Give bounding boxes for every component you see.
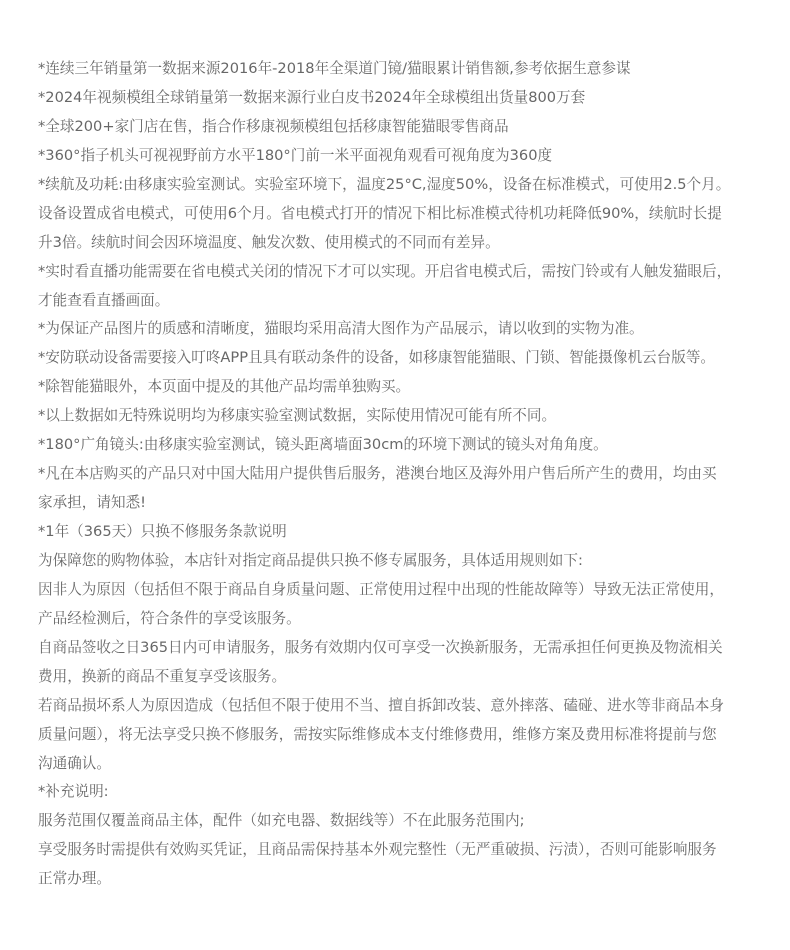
- note-product-images: *为保证产品图片的质感和清晰度，猫眼均采用高清大图作为产品展示，请以收到的实物为…: [38, 315, 768, 344]
- note-after-sales-line-2: 家承担，请知悉!: [38, 489, 768, 518]
- supplement-scope: 服务范围仅覆盖商品主体，配件（如充电器、数据线等）不在此服务范围内;: [38, 807, 768, 836]
- supplement-proof-line-1: 享受服务时需提供有效购买凭证，且商品需保持基本外观完整性（无严重破损、污渍），否…: [38, 836, 768, 865]
- note-after-sales-line-1: *凡在本店购买的产品只对中国大陆用户提供售后服务，港澳台地区及海外用户售后所产生…: [38, 460, 768, 489]
- warranty-exclusion-line-2: 质量问题），将无法享受只换不修服务，需按实际维修成本支付维修费用，维修方案及费用…: [38, 721, 768, 750]
- warranty-exclusion-line-3: 沟通确认。: [38, 750, 768, 779]
- note-other-products: *除智能猫眼外，本页面中提及的其他产品均需单独购买。: [38, 373, 768, 402]
- warranty-period-line-1: 自商品签收之日365日内可申请服务，服务有效期内仅可享受一次换新服务，无需承担任…: [38, 634, 768, 663]
- note-security-linkage: *安防联动设备需要接入叮咚APP且具有联动条件的设备，如移康智能猫眼、门锁、智能…: [38, 344, 768, 373]
- note-battery-line-2: 设备设置成省电模式，可使用6个月。省电模式打开的情况下相比标准模式待机功耗降低9…: [38, 200, 768, 229]
- note-view-angle: *360°指子机头可视视野前方水平180°门前一米平面视角观看可视角度为360度: [38, 142, 768, 171]
- note-module-sales: *2024年视频模组全球销量第一数据来源行业白皮书2024年全球模组出货量800…: [38, 84, 768, 113]
- note-live-view-line-2: 才能查看直播画面。: [38, 287, 768, 316]
- note-wide-angle-lens: *180°广角镜头:由移康实验室测试，镜头距离墙面30cm的环境下测试的镜头对角…: [38, 431, 768, 460]
- note-lab-data: *以上数据如无特殊说明均为移康实验室测试数据，实际使用情况可能有所不同。: [38, 402, 768, 431]
- note-live-view-line-1: *实时看直播功能需要在省电模式关闭的情况下才可以实现。开启省电模式后，需按门铃或…: [38, 258, 768, 287]
- supplement-heading: *补充说明:: [38, 778, 768, 807]
- note-global-stores: *全球200+家门店在售，指合作移康视频模组包括移康智能猫眼零售商品: [38, 113, 768, 142]
- note-sales-rank: *连续三年销量第一数据来源2016年-2018年全渠道门镜/猫眼累计销售额,参考…: [38, 55, 768, 84]
- warranty-exclusion-line-1: 若商品损坏系人为原因造成（包括但不限于使用不当、擅自拆卸改装、意外摔落、磕碰、进…: [38, 692, 768, 721]
- note-battery-line-3: 升3倍。续航时间会因环境温度、触发次数、使用模式的不同而有差异。: [38, 229, 768, 258]
- warranty-condition-line-1: 因非人为原因（包括但不限于商品自身质量问题、正常使用过程中出现的性能故障等）导致…: [38, 576, 768, 605]
- warranty-period-line-2: 费用，换新的商品不重复享受该服务。: [38, 663, 768, 692]
- note-battery-line-1: *续航及功耗:由移康实验室测试。实验室环境下，温度25°C,湿度50%，设备在标…: [38, 171, 768, 200]
- warranty-heading: *1年（365天）只换不修服务条款说明: [38, 518, 768, 547]
- warranty-condition-line-2: 产品经检测后，符合条件的享受该服务。: [38, 605, 768, 634]
- disclaimer-notes: *连续三年销量第一数据来源2016年-2018年全渠道门镜/猫眼累计销售额,参考…: [38, 55, 768, 894]
- warranty-intro: 为保障您的购物体验，本店针对指定商品提供只换不修专属服务，具体适用规则如下:: [38, 547, 768, 576]
- supplement-proof-line-2: 正常办理。: [38, 865, 768, 894]
